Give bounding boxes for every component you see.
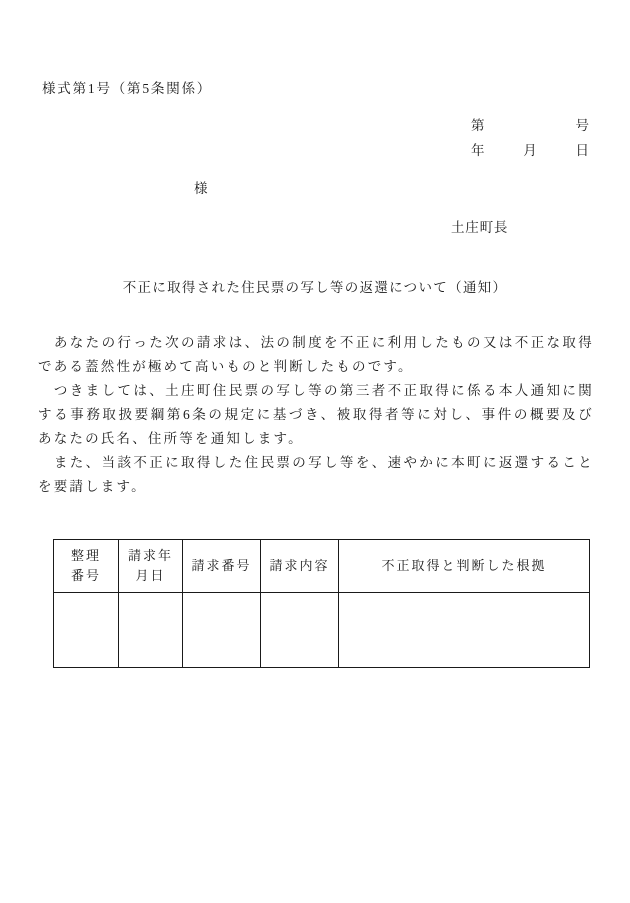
header-seikyu-bango: 請求番号 (183, 540, 261, 593)
empty-cell-seikyu-naiyo (261, 593, 339, 668)
header-fusei-shutoku-konkyo: 不正取得と判断した根拠 (339, 540, 590, 593)
date-day-label: 日 (576, 138, 590, 163)
header-line: 番号 (54, 566, 118, 586)
empty-cell-konkyo (339, 593, 590, 668)
addressee-honorific: 様 (194, 177, 208, 197)
header-line: 整理 (54, 546, 118, 566)
paragraph-3: また、当該不正に取得した住民票の写し等を、速やかに本町に返還することを要請します… (38, 451, 594, 499)
empty-cell-seikyu-bango (183, 593, 261, 668)
sender-title: 土庄町長 (451, 216, 508, 236)
empty-cell-seikyu-nengappi (119, 593, 183, 668)
header-line: 月日 (119, 566, 182, 586)
header-seiri-bango: 整理 番号 (54, 540, 119, 593)
doc-number-date-block: 第 号 年 月 日 (471, 113, 589, 163)
header-seikyu-naiyo: 請求内容 (261, 540, 339, 593)
doc-number-suffix: 号 (576, 113, 590, 138)
date-month-label: 月 (523, 138, 537, 163)
date-line: 年 月 日 (471, 138, 589, 163)
header-line: 請求内容 (261, 556, 338, 576)
doc-number-prefix: 第 (471, 113, 485, 138)
table-empty-row (54, 593, 590, 668)
table-header-row: 整理 番号 請求年 月日 請求番号 請求内容 不正取得と判断した根拠 (54, 540, 590, 593)
form-number: 様式第1号（第5条関係） (42, 77, 212, 97)
document-page: 様式第1号（第5条関係） 第 号 年 月 日 様 土庄町長 不正に取得された住民… (0, 0, 630, 903)
doc-number-line: 第 号 (471, 113, 589, 138)
body-text: あなたの行った次の請求は、法の制度を不正に利用したもの又は不正な取得である蓋然性… (38, 331, 594, 499)
paragraph-2: つきましては、土庄町住民票の写し等の第三者不正取得に係る本人通知に関する事務取扱… (38, 379, 594, 451)
empty-cell-seiri-bango (54, 593, 119, 668)
document-subject: 不正に取得された住民票の写し等の返還について（通知） (0, 276, 630, 296)
header-line: 請求番号 (183, 556, 260, 576)
date-year-label: 年 (471, 138, 485, 163)
header-line: 不正取得と判断した根拠 (339, 556, 589, 576)
request-table: 整理 番号 請求年 月日 請求番号 請求内容 不正取得と判断した根拠 (53, 539, 590, 668)
header-line: 請求年 (119, 546, 182, 566)
paragraph-1: あなたの行った次の請求は、法の制度を不正に利用したもの又は不正な取得である蓋然性… (38, 331, 594, 379)
header-seikyu-nengappi: 請求年 月日 (119, 540, 183, 593)
